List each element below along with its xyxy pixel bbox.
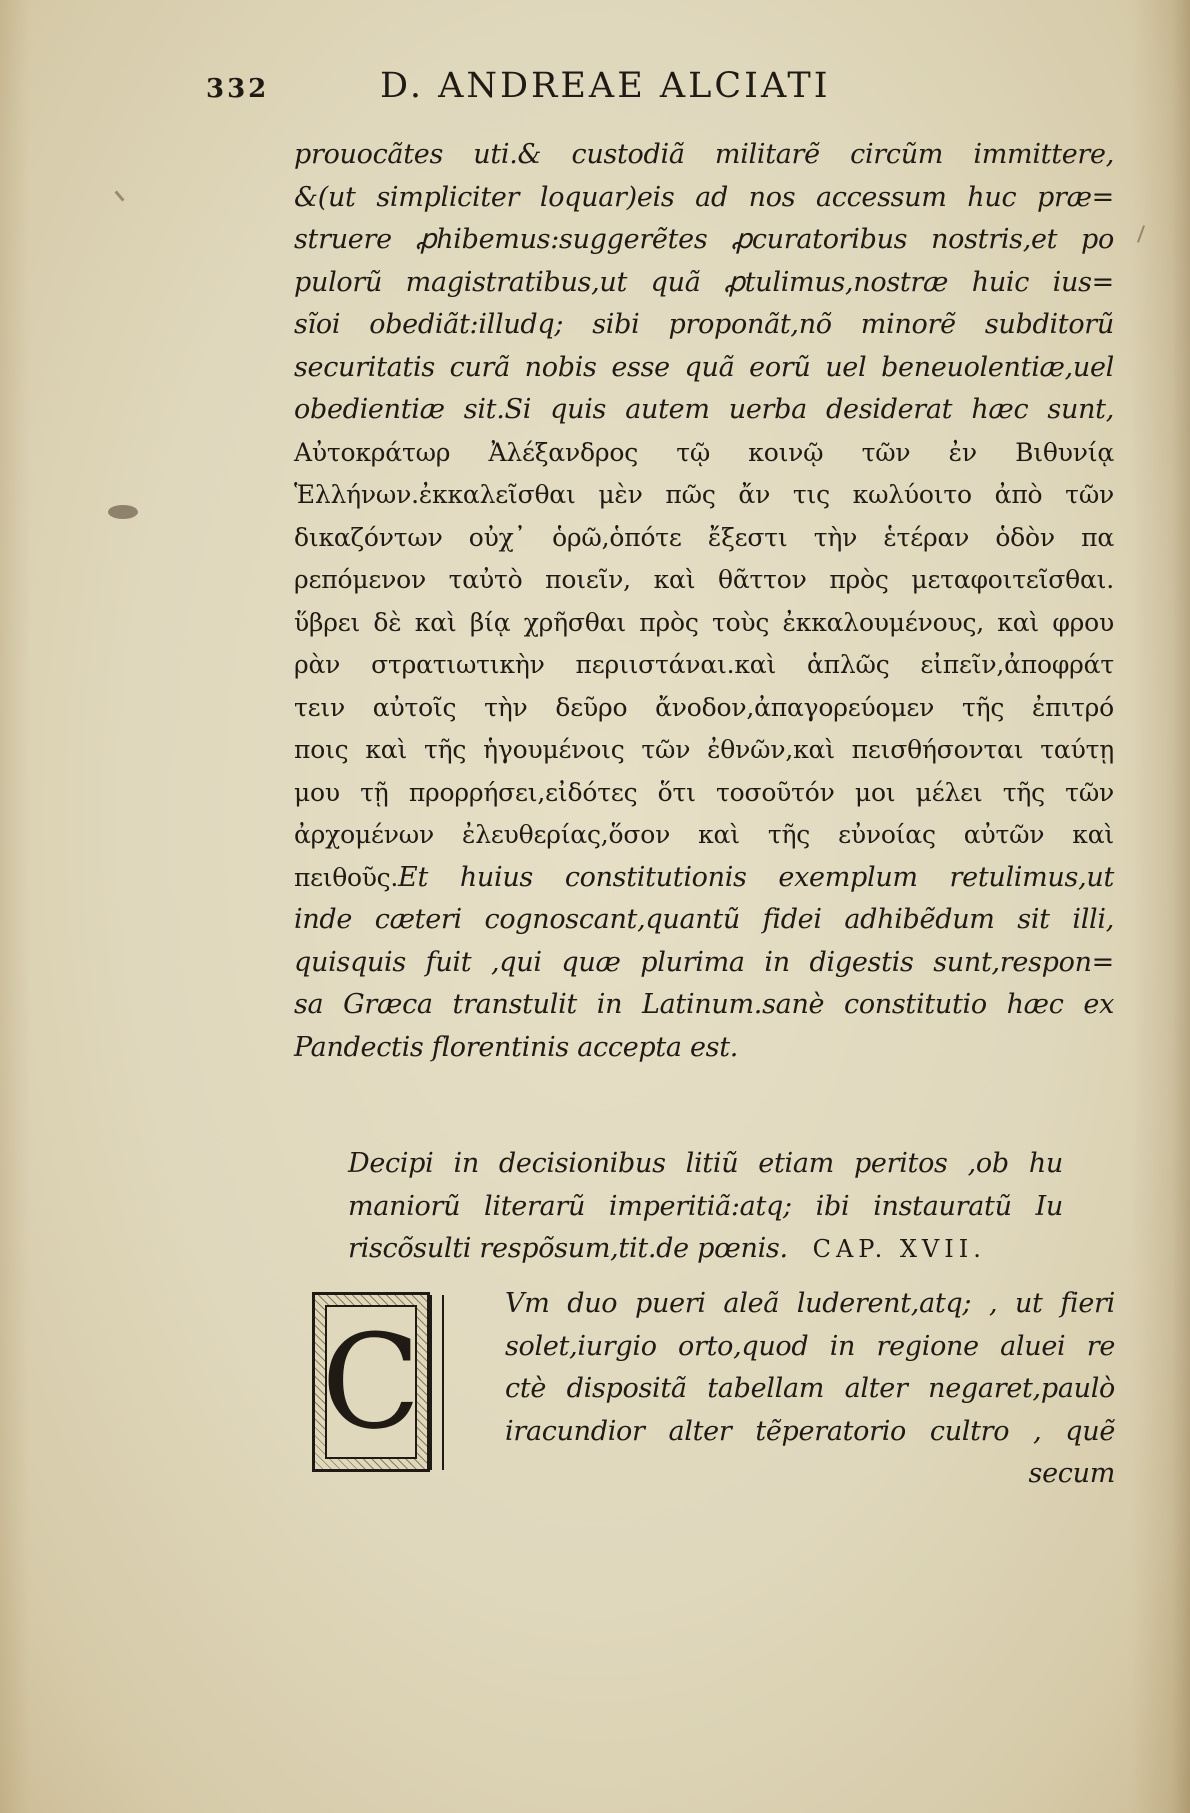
- decorated-initial: C: [312, 1292, 430, 1472]
- mixed-text-line: πειθοῦς.Et huius constitutionis exemplum…: [294, 857, 1114, 900]
- paper-speck: [114, 190, 124, 201]
- chapter-line: solet,iurgio orto,quod in regione aluei …: [505, 1326, 1115, 1369]
- text-line: struere ꝓhibemus:suggerẽtes ꝓcuratoribus…: [294, 219, 1114, 262]
- main-text-block: prouocãtes uti.& custodiã militarẽ circũ…: [294, 134, 1114, 1069]
- text-line: prouocãtes uti.& custodiã militarẽ circũ…: [294, 134, 1114, 177]
- text-line: inde cæteri cognoscant,quantũ fidei adhi…: [294, 899, 1114, 942]
- summary-line: maniorũ literarũ imperitiã:atq; ibi inst…: [348, 1186, 1063, 1229]
- greek-text-line: Ἑλλήνων.ἐκκαλεῖσθαι μὲν πῶς ἄν τις κωλύο…: [294, 474, 1114, 517]
- greek-text-line: Αὐτοκράτωρ Ἀλέξανδρος τῷ κοινῷ τῶν ἐν Βι…: [294, 432, 1114, 475]
- chapter-label: CAP. XVII.: [813, 1235, 986, 1263]
- chapter-body: Vm duo pueri aleã luderent,atq; , ut fie…: [505, 1283, 1115, 1496]
- greek-text-line: ἀρχομένων ἐλευθερίας,ὅσον καὶ τῆς εὐνοία…: [294, 814, 1114, 857]
- text-line: obedientiæ sit.Si quis autem uerba desid…: [294, 389, 1114, 432]
- summary-line: Decipi in decisionibus litiũ etiam perit…: [348, 1143, 1063, 1186]
- summary-line: riscõsulti respõsum,tit.de pœnis. CAP. X…: [348, 1228, 1063, 1271]
- drop-cap-letter: C: [325, 1305, 417, 1459]
- summary-line-text: riscõsulti respõsum,tit.de pœnis.: [348, 1233, 788, 1264]
- greek-text-line: ποις καὶ τῆς ἡγουμένοις τῶν ἐθνῶν,καὶ πε…: [294, 729, 1114, 772]
- text-line: quisquis fuit ,qui quæ plurima in digest…: [294, 942, 1114, 985]
- greek-text-line: μου τῇ προρρήσει,εἰδότες ὅτι τοσοῦτόν μο…: [294, 772, 1114, 815]
- page-number: 332: [206, 74, 269, 104]
- text-line: &(ut simpliciter loquar)eis ad nos acces…: [294, 177, 1114, 220]
- catchword: secum: [505, 1453, 1115, 1496]
- page-header: 332 D. ANDREAE ALCIATI: [206, 62, 1006, 112]
- greek-fragment: πειθοῦς.: [294, 863, 398, 892]
- chapter-line: Vm duo pueri aleã luderent,atq; , ut fie…: [505, 1283, 1115, 1326]
- ink-stain: [108, 505, 138, 519]
- greek-text-line: ὕβρει δὲ καὶ βίᾳ χρῆσθαι πρὸς τοὺς ἐκκαλ…: [294, 602, 1114, 645]
- text-line: sĩoi obediãt:illudq; sibi proponãt,nõ mi…: [294, 304, 1114, 347]
- running-head: D. ANDREAE ALCIATI: [380, 66, 831, 106]
- greek-text-line: δικαζόντων οὐχ᾽ ὁρῶ,ὁπότε ἔξεστι τὴν ἑτέ…: [294, 517, 1114, 560]
- greek-text-line: τειν αὐτοῖς τὴν δεῦρο ἄνοδον,ἀπαγορεύομε…: [294, 687, 1114, 730]
- page-edge-shadow-left: [0, 0, 30, 1813]
- text-line: securitatis curã nobis esse quã eorũ uel…: [294, 347, 1114, 390]
- greek-text-line: ρὰν στρατιωτικὴν περιιστάναι.καὶ ἁπλῶς ε…: [294, 644, 1114, 687]
- chapter-line: iracundior alter tẽperatorio cultro , qu…: [505, 1411, 1115, 1454]
- latin-fragment: Et huius constitutionis exemplum retulim…: [398, 862, 1114, 893]
- text-line: sa Græca transtulit in Latinum.sanè cons…: [294, 984, 1114, 1027]
- greek-text-line: ρεπόμενον ταὐτὸ ποιεῖν, καὶ θᾶττον πρὸς …: [294, 559, 1114, 602]
- text-line: pulorũ magistratibus,ut quã ꝓtulimus,nos…: [294, 262, 1114, 305]
- chapter-line: ctè dispositã tabellam alter negaret,pau…: [505, 1368, 1115, 1411]
- drop-cap-border: [430, 1295, 444, 1470]
- page-edge-shadow-right: [1130, 0, 1190, 1813]
- text-line: Pandectis florentinis accepta est.: [294, 1027, 1114, 1070]
- chapter-summary: Decipi in decisionibus litiũ etiam perit…: [348, 1143, 1063, 1271]
